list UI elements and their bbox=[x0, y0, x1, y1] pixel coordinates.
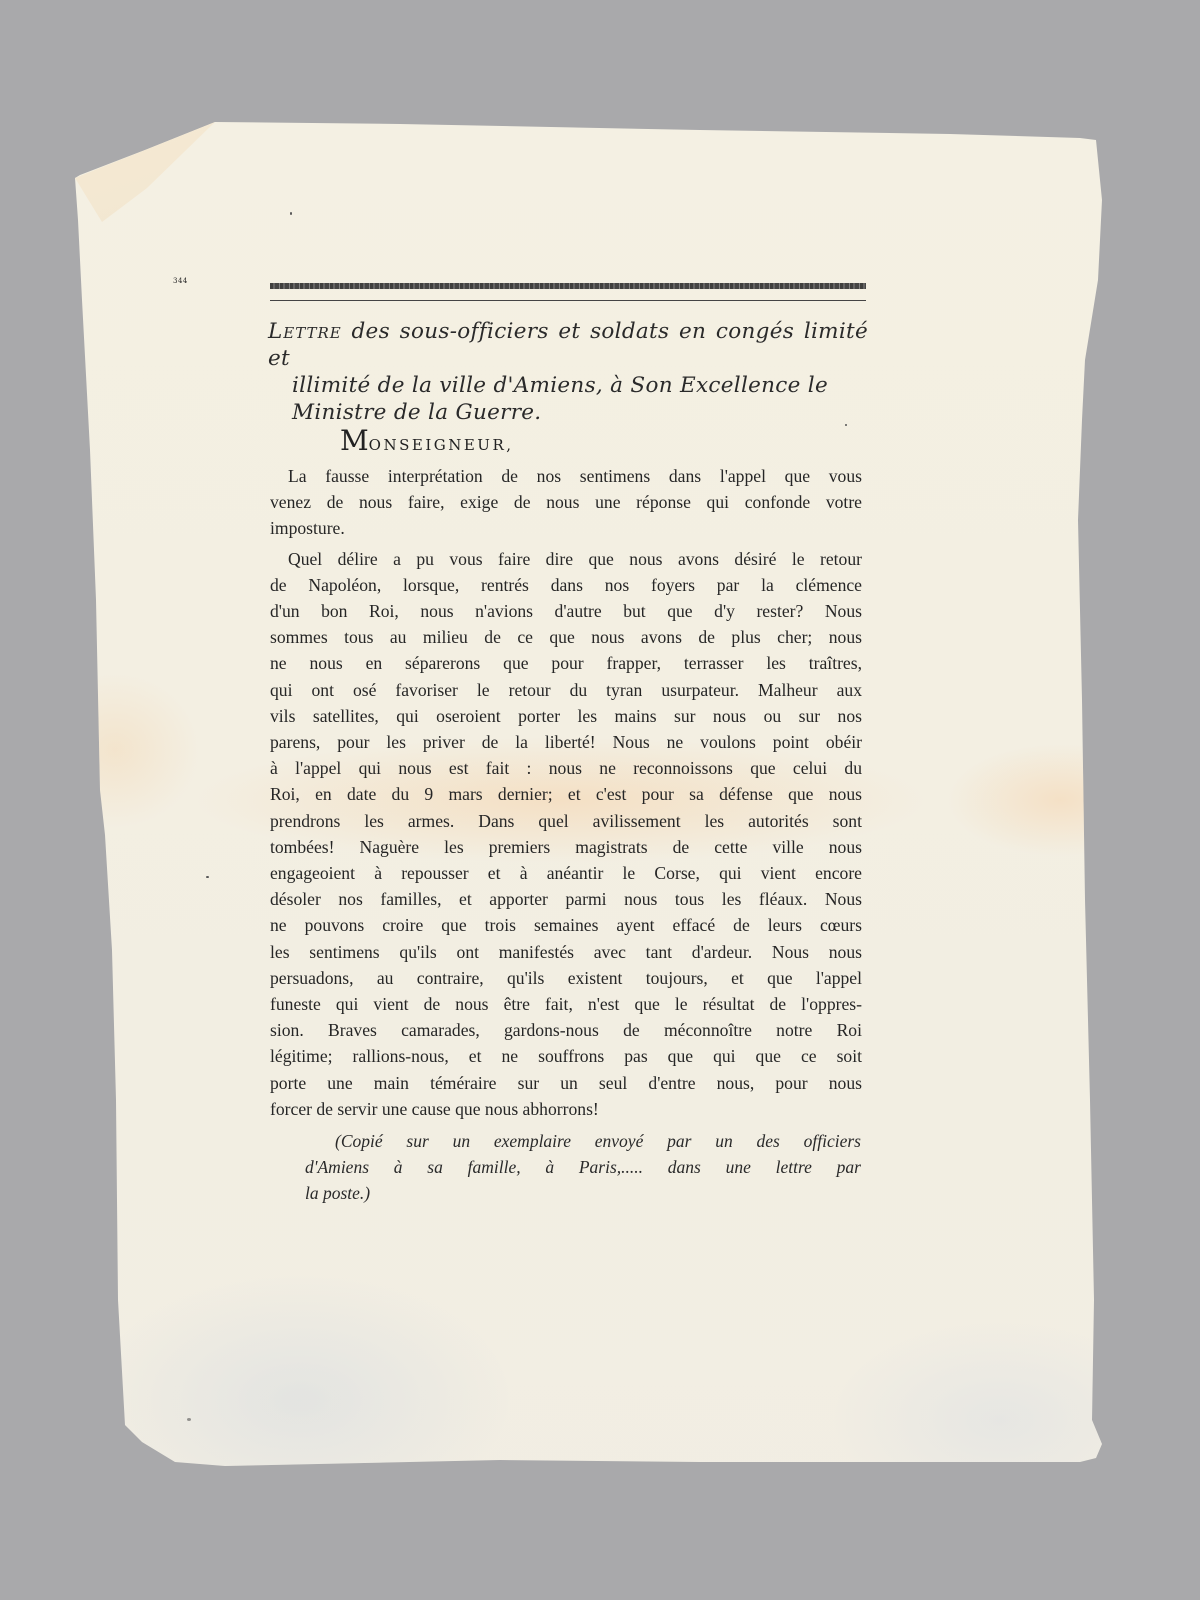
body-line: prendrons les armes. Dans quel avilissem… bbox=[270, 808, 862, 834]
body-line: d'un bon Roi, nous n'avions d'autre but … bbox=[270, 598, 862, 624]
body-line: Quel délire a pu vous faire dire que nou… bbox=[270, 546, 862, 572]
body-line: de Napoléon, lorsque, rentrés dans nos f… bbox=[270, 572, 862, 598]
title-line-2: illimité de la ville d'Amiens, à Son Exc… bbox=[268, 372, 868, 399]
note-line: d'Amiens à sa famille, à Paris,..... dan… bbox=[305, 1154, 861, 1180]
body-line: forcer de servir une cause que nous abho… bbox=[270, 1096, 862, 1122]
ink-speck bbox=[290, 212, 292, 215]
salutation: MONSEIGNEUR, bbox=[340, 424, 514, 457]
source-note: (Copié sur un exemplaire envoyé par un d… bbox=[305, 1128, 861, 1206]
body-line: tombées! Naguère les premiers magistrats… bbox=[270, 834, 862, 860]
title-line-3: Ministre de la Guerre. bbox=[268, 399, 868, 426]
body-line: persuadons, au contraire, qu'ils existen… bbox=[270, 965, 862, 991]
body-line: à l'appel qui nous est fait : nous ne re… bbox=[270, 755, 862, 781]
ink-speck bbox=[845, 424, 847, 426]
body-line: légitime; rallions-nous, et ne souffrons… bbox=[270, 1043, 862, 1069]
body-line: ne nous en séparerons que pour frapper, … bbox=[270, 650, 862, 676]
paragraph-2: Quel délire a pu vous faire dire que nou… bbox=[270, 546, 862, 1122]
body-line: désoler nos familles, et apporter parmi … bbox=[270, 886, 862, 912]
body-line: ne pouvons croire que trois semaines aye… bbox=[270, 912, 862, 938]
body-line: qui ont osé favoriser le retour du tyran… bbox=[270, 677, 862, 703]
page-number: 344 bbox=[173, 277, 188, 285]
note-line: (Copié sur un exemplaire envoyé par un d… bbox=[305, 1128, 861, 1154]
ink-speck bbox=[206, 876, 209, 878]
body-line: La fausse interprétation de nos sentimen… bbox=[270, 463, 862, 489]
body-line: sion. Braves camarades, gardons-nous de … bbox=[270, 1017, 862, 1043]
letter-body: La fausse interprétation de nos sentimen… bbox=[270, 463, 862, 1126]
salutation-initial: M bbox=[340, 424, 369, 457]
title-lead: Lettre bbox=[268, 319, 342, 344]
header-rule-thin bbox=[270, 300, 866, 301]
body-line: parens, pour les priver de la liberté! N… bbox=[270, 729, 862, 755]
body-line: imposture. bbox=[270, 515, 862, 541]
salutation-rest: ONSEIGNEUR, bbox=[369, 436, 514, 454]
header-rule-thick bbox=[270, 283, 866, 289]
body-line: engageoient à repousser et à anéantir le… bbox=[270, 860, 862, 886]
body-line: funeste qui vient de nous être fait, n'e… bbox=[270, 991, 862, 1017]
title-line-1: des sous-officiers et soldats en congés … bbox=[268, 319, 868, 371]
body-line: les sentimens qu'ils ont manifestés avec… bbox=[270, 939, 862, 965]
paragraph-1: La fausse interprétation de nos sentimen… bbox=[270, 463, 862, 542]
note-line: la poste.) bbox=[305, 1180, 861, 1206]
body-line: venez de nous faire, exige de nous une r… bbox=[270, 489, 862, 515]
body-line: porte une main téméraire sur un seul d'e… bbox=[270, 1070, 862, 1096]
ink-speck bbox=[187, 1418, 191, 1421]
letter-title: Lettre des sous-officiers et soldats en … bbox=[268, 318, 868, 426]
body-line: sommes tous au milieu de ce que nous avo… bbox=[270, 624, 862, 650]
body-line: vils satellites, qui oseroient porter le… bbox=[270, 703, 862, 729]
body-line: Roi, en date du 9 mars dernier; et c'est… bbox=[270, 781, 862, 807]
